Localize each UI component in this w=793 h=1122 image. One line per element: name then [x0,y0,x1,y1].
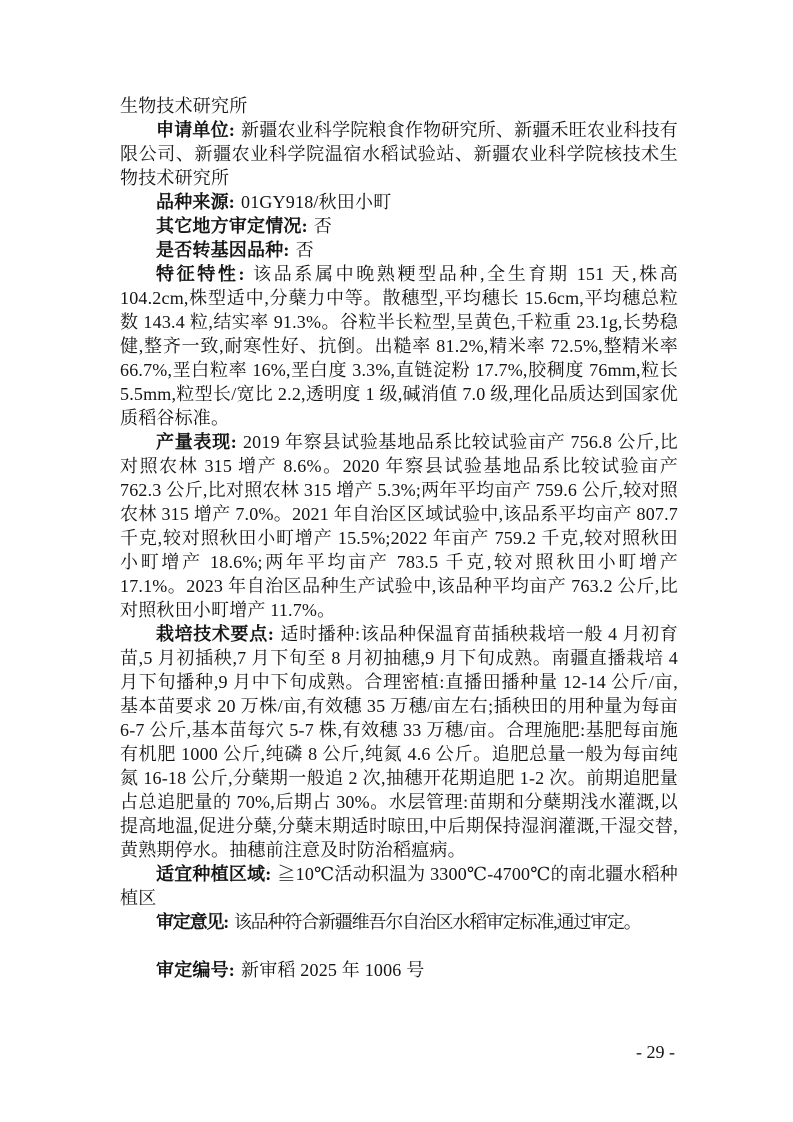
document-body: 生物技术研究所 申请单位:新疆农业科学院粮食作物研究所、新疆禾旺农业科技有限公司… [120,94,678,982]
para-yield-performance: 产量表现:2019 年察县试验基地品系比较试验亩产 756.8 公斤,比对照农林… [120,430,678,622]
document-page: 生物技术研究所 申请单位:新疆农业科学院粮食作物研究所、新疆禾旺农业科技有限公司… [0,0,793,1122]
para-label: 审定编号: [156,960,235,980]
para-label: 其它地方审定情况: [156,216,308,236]
para-label: 适宜种植区域: [156,864,271,884]
para-label: 产量表现: [156,432,237,452]
para-continuation-biotech-institute: 生物技术研究所 [120,94,678,118]
para-label: 审定意见: [156,912,228,932]
para-text: 生物技术研究所 [120,96,247,116]
page-number: - 29 - [0,1040,675,1064]
para-certification-number: 审定编号:新审稻 2025 年 1006 号 [120,958,678,982]
para-label: 申请单位: [156,120,235,140]
para-certification-opinion: 审定意见:该品种符合新疆维吾尔自治区水稻审定标准,通过审定。 [120,910,678,934]
para-suitable-planting-area: 适宜种植区域:≧10℃活动积温为 3300℃-4700℃的南北疆水稻种植区 [120,862,678,910]
para-text: 该品种符合新疆维吾尔自治区水稻审定标准,通过审定。 [234,912,641,932]
para-characteristics: 特征特性:该品系属中晚熟粳型品种,全生育期 151 天,株高 104.2cm,株… [120,262,678,430]
para-text: 适时播种:该品种保温育苗插秧栽培一般 4 月初育苗,5 月初插秧,7 月下旬至 … [120,624,678,860]
para-text: 01GY918/秋田小町 [241,192,391,212]
para-applicant-unit: 申请单位:新疆农业科学院粮食作物研究所、新疆禾旺农业科技有限公司、新疆农业科学院… [120,118,678,190]
para-text: 否 [314,216,332,236]
para-gmo-status: 是否转基因品种:否 [120,238,678,262]
para-label: 是否转基因品种: [156,240,290,260]
para-label: 栽培技术要点: [156,624,274,644]
para-cultivation-techniques: 栽培技术要点:适时播种:该品种保温育苗插秧栽培一般 4 月初育苗,5 月初插秧,… [120,622,678,862]
para-text: 该品系属中晚熟粳型品种,全生育期 151 天,株高 104.2cm,株型适中,分… [120,264,678,428]
para-variety-source: 品种来源:01GY918/秋田小町 [120,190,678,214]
para-text: 2019 年察县试验基地品系比较试验亩产 756.8 公斤,比对照农林 315 … [120,432,678,620]
para-text: 否 [296,240,314,260]
para-label: 特征特性: [156,264,245,284]
para-other-region-certification: 其它地方审定情况:否 [120,214,678,238]
para-label: 品种来源: [156,192,235,212]
para-text: 新审稻 2025 年 1006 号 [241,960,424,980]
